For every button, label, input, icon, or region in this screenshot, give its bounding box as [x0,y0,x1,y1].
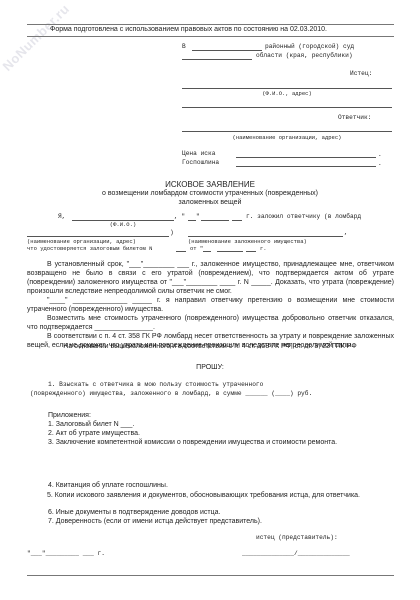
header-note: Форма подготовлена с использованием прав… [50,26,327,33]
date-close: " [196,213,200,220]
claim-price-label: Цена иска [182,150,215,157]
date-open: , " [174,213,185,220]
region-field[interactable] [182,59,252,60]
defendant-label: Ответчик: [338,114,371,121]
bottom-divider [27,575,394,576]
period: . [378,160,382,167]
ticket-number-field[interactable] [176,251,186,252]
request-item-line2: (поврежденного) имущества, заложенного в… [30,390,312,397]
court-name-field[interactable] [192,50,262,51]
plaintiff-field[interactable] [182,88,392,89]
top-divider [27,24,394,25]
request-item-line1: 1. Взыскать с ответчика в мою пользу сто… [48,381,263,388]
attachment-item: 5. Копии искового заявления и документов… [27,491,394,500]
org-caption: (наименование организации, адрес) [27,238,136,245]
day-field[interactable] [188,220,196,221]
paren: ) [170,229,174,236]
signature-field[interactable]: ______________/______________ [242,550,350,557]
signature-date[interactable]: "___"_________ ___ г. [27,550,105,557]
plaintiff-address-field[interactable] [182,107,392,108]
attachments-heading: Приложения: [48,412,91,419]
plaintiff-caption: (Ф.И.О., адрес) [182,90,392,97]
court-line1: районный (городской) суд [265,43,354,50]
intro-ya: Я, [58,213,65,220]
header-divider [27,36,394,37]
paragraph-1: В установленный срок, "___"________ ___ … [27,260,394,296]
ticket-month-field[interactable] [217,251,243,252]
year-field[interactable] [232,220,242,221]
property-field[interactable] [188,236,343,237]
court-prefix: В [182,43,186,50]
plaintiff-label: Истец: [350,70,372,77]
state-fee-label: Госпошлина [182,159,219,166]
period: . [378,151,382,158]
ticket-from: от " [190,245,203,252]
ticket-year-label: г. [260,245,267,252]
pledged-text: г. заложил ответчику (в ломбард [246,213,361,220]
request-heading: ПРОШУ: [0,364,420,371]
ticket-text: что удостоверяется залоговым билетом N [27,245,152,252]
subtitle-line2: заложенных вещей [0,199,420,206]
court-line2: области (края, республики) [256,52,353,59]
signature-label: истец (представитель): [256,534,338,541]
state-fee-field[interactable] [236,166,376,167]
fio-caption: (Ф.И.О.) [72,221,174,228]
basis-text: На основании вышеизложенного и в соответ… [0,343,420,350]
month-field[interactable] [201,220,229,221]
ticket-day-field[interactable] [203,251,211,252]
attachment-item: 1. Залоговый билет N ___. [48,421,134,428]
comma: , [344,229,348,236]
attachment-item: 7. Доверенность (если от имени истца дей… [48,518,262,525]
attachment-item: 6. Иные документы в подтверждение доводо… [48,509,221,516]
page-title: ИСКОВОЕ ЗАЯВЛЕНИЕ [0,180,420,189]
attachment-item: 2. Акт об утрате имущества. [48,430,140,437]
org-field[interactable] [27,236,169,237]
watermark: NoNumber.ru [0,1,72,74]
attachment-item: 3. Заключение компетентной комиссии о по… [48,439,337,446]
ticket-year-field[interactable] [246,251,256,252]
property-caption: (наименование заложенного имущества) [188,238,307,245]
paragraph-2: "____" ______________ _____ г. я направи… [27,296,394,314]
attachment-item: 4. Квитанция об уплате госпошлины. [48,482,168,489]
claim-price-field[interactable] [236,157,376,158]
attachment-item-text: 5. Копии искового заявления и документов… [27,491,394,500]
defendant-field[interactable] [182,131,392,132]
defendant-caption: (наименование организации, адрес) [182,134,392,141]
paragraph-3: Возместить мне стоимость утраченного (по… [27,314,394,332]
subtitle-line1: о возмещении ломбардом стоимости утрачен… [0,190,420,197]
body-paragraphs: В установленный срок, "___"________ ___ … [27,260,394,350]
